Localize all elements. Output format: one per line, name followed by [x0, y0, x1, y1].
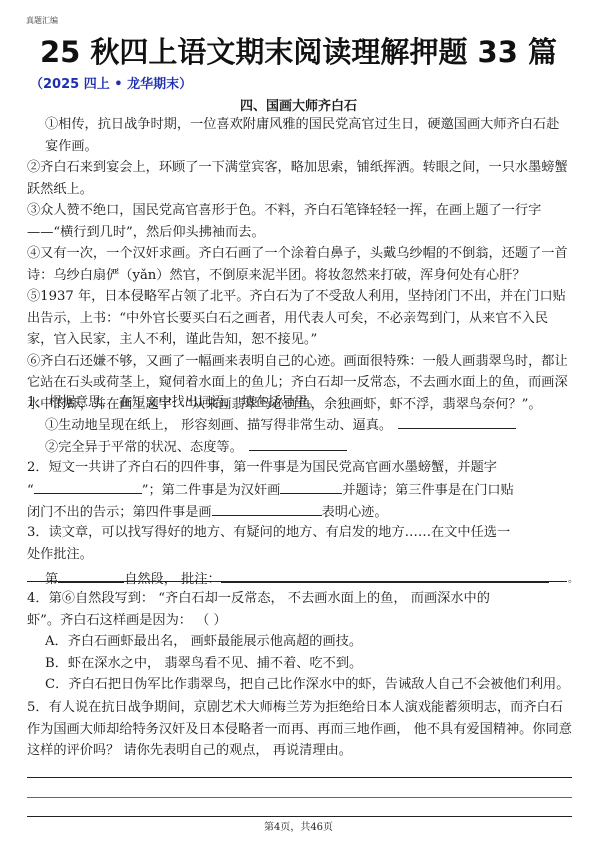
- q2-open-quote: “: [27, 483, 34, 498]
- q4-line1: 4．第⑥自然段写到： “齐白石却一反常态， 不去画水面上的鱼， 而画深水中的: [27, 588, 572, 610]
- corner-label: 真题汇编: [26, 15, 58, 26]
- q1-answer2-blank[interactable]: [249, 436, 347, 451]
- q5-text: 5．有人说在抗日战争期间，京剧艺术大师梅兰芳为拒绝给日本人演戏能蓄须明志，而齐白…: [27, 697, 572, 762]
- q2-part4: 闭门不出的告示；第四件事是画: [27, 505, 212, 520]
- q2-part5: 表明心迹。: [322, 505, 388, 520]
- question-5: 5．有人说在抗日战争期间，京剧艺术大师梅兰芳为拒绝给日本人演戏能蓄须明志，而齐白…: [27, 697, 572, 762]
- paragraph-3: ③众人赞不绝口，国民党高官喜形于色。不料，齐白石笔锋轻轻一挥，在画上题了一行字—…: [27, 200, 572, 243]
- q1-item2: ②完全异于平常的状况、态度等。: [45, 440, 243, 455]
- paragraph-4: ④又有一次，一个汉奸求画。齐白石画了一个涂着白鼻子，头戴乌纱帽的不倒翁，还题了一…: [27, 243, 572, 286]
- q2-part2: ”；第二件事是为汉奸画: [142, 483, 281, 498]
- question-2: 2．短文一共讲了齐白石的四件事，第一件事是为国民党高官画水墨螃蟹，并题字 “”；…: [27, 457, 572, 524]
- paragraph-1: ①相传，抗日战争时期，一位喜欢附庸风雅的国民党高官过生日，硬邀国画大师齐白石赴宴…: [27, 114, 572, 157]
- q2-blank-2[interactable]: [280, 479, 342, 494]
- q4-option-b[interactable]: B．虾在深水之中， 翡翠鸟看不见、捕不着、吃不到。: [27, 653, 572, 675]
- question-4: 4．第⑥自然段写到： “齐白石却一反常态， 不去画水面上的鱼， 而画深水中的 虾…: [27, 588, 572, 696]
- question-1: 1．根据意思， 在短文中找出词语， 填在括号里。 ①生动地呈现在纸上， 形容刻画…: [27, 392, 572, 459]
- q4-option-a[interactable]: A．齐白石画虾最出名， 画虾最能展示他高超的画技。: [27, 631, 572, 653]
- q1-answer1-blank[interactable]: [398, 414, 516, 429]
- q5-answer-line-3[interactable]: [27, 816, 572, 817]
- q1-stem: 1．根据意思， 在短文中找出词语， 填在括号里。: [27, 392, 572, 414]
- q5-answer-line-2[interactable]: [27, 797, 572, 798]
- q3-answer-line[interactable]: [27, 581, 567, 582]
- q3-mid: 自然段， 批注：: [124, 572, 221, 587]
- q2-blank-3[interactable]: [212, 501, 322, 516]
- q4-option-c[interactable]: C．齐白石把日伪军比作翡翠鸟，把自己比作深水中的虾，告诫敌人自己不会被他们利用。: [27, 674, 572, 696]
- q3-line1: 3．读文章，可以找写得好的地方、有疑问的地方、有启发的地方……在文中任选一: [27, 522, 572, 544]
- q5-answer-line-1[interactable]: [27, 777, 572, 778]
- q4-line2: 虾”。齐白石这样画是因为： （ ）: [27, 610, 572, 632]
- q2-part3: 并题诗；第三件事是在门口贴: [342, 483, 513, 498]
- q2-line1: 2．短文一共讲了齐白石的四件事，第一件事是为国民党高官画水墨螃蟹，并题字: [27, 457, 572, 479]
- q3-line2: 处作批注。: [27, 544, 572, 566]
- paragraph-2: ②齐白石来到宴会上，环顾了一下满堂宾客，略加思索，铺纸挥洒。转眼之间，一只水墨螃…: [27, 157, 572, 200]
- paragraph-5: ⑤1937 年，日本侵略军占领了北平。齐白石为了不受敌人利用，坚持闭门不出，并在…: [27, 286, 572, 351]
- page-title: 25 秋四上语文期末阅读理解押题 33 篇: [0, 30, 597, 71]
- q1-item1: ①生动地呈现在纸上， 形容刻画、描写得非常生动、逼真。: [45, 418, 392, 433]
- page-footer: 第4页，共46页: [0, 818, 597, 833]
- q3-end-mark: 。: [568, 570, 578, 585]
- section-title: 四、国画大师齐白石: [0, 95, 597, 114]
- q2-blank-1[interactable]: [34, 479, 142, 494]
- passage: ①相传，抗日战争时期，一位喜欢附庸风雅的国民党高官过生日，硬邀国画大师齐白石赴宴…: [27, 114, 572, 415]
- source-tag: （2025 四上 • 龙华期末）: [30, 73, 192, 92]
- q3-prefix: 第: [45, 572, 58, 587]
